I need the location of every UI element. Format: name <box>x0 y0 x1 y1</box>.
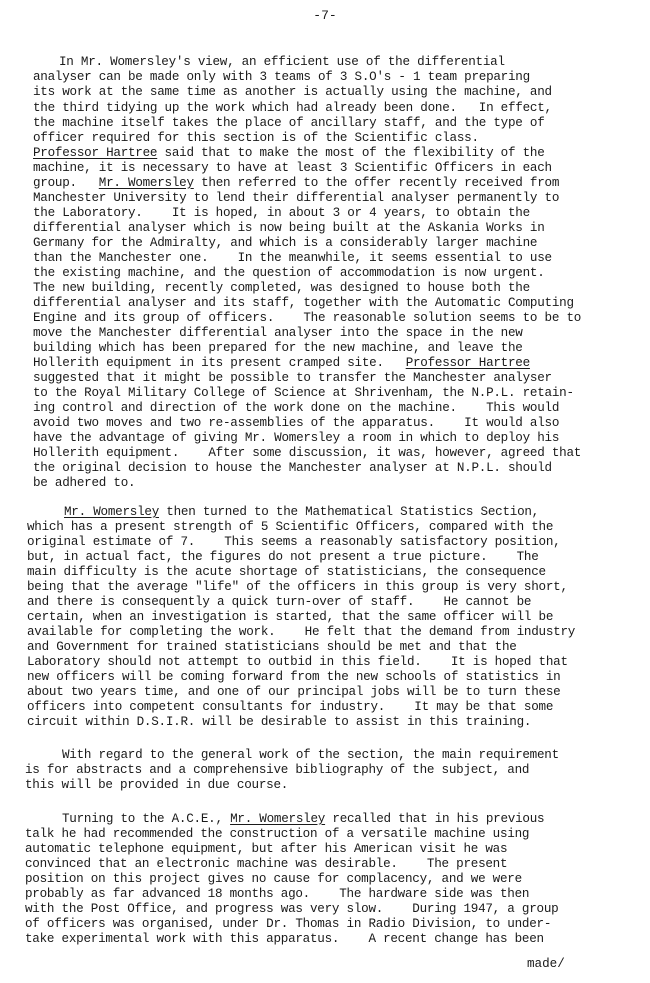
underlined-name: Mr. Womersley <box>230 812 325 826</box>
catchword: made/ <box>527 957 565 971</box>
text-run: and there is consequently a quick turn-o… <box>27 595 531 609</box>
text-run: With regard to the general work of the s… <box>62 748 559 762</box>
text-line: than the Manchester one. In the meanwhil… <box>33 251 552 266</box>
text-line: probably as far advanced 18 months ago. … <box>25 887 529 902</box>
text-line: the Laboratory. It is hoped, in about 3 … <box>33 206 530 221</box>
text-line: Turning to the A.C.E., Mr. Womersley rec… <box>62 812 544 827</box>
text-run: building which has been prepared for the… <box>33 341 523 355</box>
text-line: and there is consequently a quick turn-o… <box>27 595 531 610</box>
text-line: take experimental work with this apparat… <box>25 932 544 947</box>
text-run: Germany for the Admiralty, and which is … <box>33 236 537 250</box>
text-run: In Mr. Womersley's view, an efficient us… <box>59 55 505 69</box>
text-line: is for abstracts and a comprehensive bib… <box>25 763 529 778</box>
text-line: differential analyser and its staff, tog… <box>33 296 574 311</box>
text-line: original estimate of 7. This seems a rea… <box>27 535 560 550</box>
text-line: Professor Hartree said that to make the … <box>33 146 545 161</box>
text-run: and Government for trained statisticians… <box>27 640 517 654</box>
text-line: convinced that an electronic machine was… <box>25 857 507 872</box>
text-line: Germany for the Admiralty, and which is … <box>33 236 537 251</box>
text-run: the original decision to house the Manch… <box>33 461 552 475</box>
text-line: Hollerith equipment in its present cramp… <box>33 356 530 371</box>
text-run: differential analyser which is now being… <box>33 221 545 235</box>
text-run: being that the average "life" of the off… <box>27 580 568 594</box>
text-line: suggested that it might be possible to t… <box>33 371 552 386</box>
text-line: available for completing the work. He fe… <box>27 625 575 640</box>
text-line: but, in actual fact, the figures do not … <box>27 550 539 565</box>
text-line: analyser can be made only with 3 teams o… <box>33 70 530 85</box>
text-run: analyser can be made only with 3 teams o… <box>33 70 530 84</box>
text-run: the machine itself takes the place of an… <box>33 116 545 130</box>
text-run: than the Manchester one. In the meanwhil… <box>33 251 552 265</box>
text-line: this will be provided in due course. <box>25 778 288 793</box>
text-run: which has a present strength of 5 Scient… <box>27 520 553 534</box>
text-line: talk he had recommended the construction… <box>25 827 529 842</box>
text-run: of officers was organised, under Dr. Tho… <box>25 917 551 931</box>
text-line: circuit within D.S.I.R. will be desirabl… <box>27 715 531 730</box>
text-line: the existing machine, and the question o… <box>33 266 545 281</box>
text-run: circuit within D.S.I.R. will be desirabl… <box>27 715 531 729</box>
text-run: recalled that in his previous <box>325 812 544 826</box>
text-run: but, in actual fact, the figures do not … <box>27 550 539 564</box>
text-run: this will be provided in due course. <box>25 778 288 792</box>
underlined-name: Mr. Womersley <box>99 176 194 190</box>
text-line: and Government for trained statisticians… <box>27 640 517 655</box>
text-run: to the Royal Military College of Science… <box>33 386 574 400</box>
text-line: main difficulty is the acute shortage of… <box>27 565 546 580</box>
text-line: position on this project gives no cause … <box>25 872 522 887</box>
text-run: be adhered to. <box>33 476 135 490</box>
text-line: group. Mr. Womersley then referred to th… <box>33 176 559 191</box>
underlined-name: Professor Hartree <box>33 146 157 160</box>
text-line: have the advantage of giving Mr. Womersl… <box>33 431 559 446</box>
text-line: building which has been prepared for the… <box>33 341 523 356</box>
text-run: about two years time, and one of our pri… <box>27 685 560 699</box>
text-line: In Mr. Womersley's view, an efficient us… <box>59 55 505 70</box>
text-run: available for completing the work. He fe… <box>27 625 575 639</box>
text-line: differential analyser which is now being… <box>33 221 545 236</box>
text-run: have the advantage of giving Mr. Womersl… <box>33 431 559 445</box>
text-line: the original decision to house the Manch… <box>33 461 552 476</box>
text-run: ing control and direction of the work do… <box>33 401 559 415</box>
text-run: the existing machine, and the question o… <box>33 266 545 280</box>
text-line: be adhered to. <box>33 476 135 491</box>
text-run: Hollerith equipment in its present cramp… <box>33 356 406 370</box>
text-run: the Laboratory. It is hoped, in about 3 … <box>33 206 530 220</box>
text-run: The new building, recently completed, wa… <box>33 281 530 295</box>
underlined-name: Professor Hartree <box>406 356 530 370</box>
text-run: said that to make the most of the flexib… <box>157 146 544 160</box>
text-run: certain, when an investigation is starte… <box>27 610 553 624</box>
text-run: is for abstracts and a comprehensive bib… <box>25 763 529 777</box>
text-line: officers into competent consultants for … <box>27 700 553 715</box>
text-run: original estimate of 7. This seems a rea… <box>27 535 560 549</box>
text-line: with the Post Office, and progress was v… <box>25 902 558 917</box>
text-run: Turning to the A.C.E., <box>62 812 230 826</box>
text-run: Engine and its group of officers. The re… <box>33 311 581 325</box>
text-line: of officers was organised, under Dr. Tho… <box>25 917 551 932</box>
text-run: Hollerith equipment. After some discussi… <box>33 446 581 460</box>
text-run: differential analyser and its staff, tog… <box>33 296 574 310</box>
text-run: move the Manchester differential analyse… <box>33 326 523 340</box>
text-run: talk he had recommended the construction… <box>25 827 529 841</box>
text-line: being that the average "life" of the off… <box>27 580 568 595</box>
text-run: main difficulty is the acute shortage of… <box>27 565 546 579</box>
text-line: ing control and direction of the work do… <box>33 401 559 416</box>
text-run: group. <box>33 176 99 190</box>
text-run: convinced that an electronic machine was… <box>25 857 507 871</box>
text-line: certain, when an investigation is starte… <box>27 610 553 625</box>
text-line: which has a present strength of 5 Scient… <box>27 520 553 535</box>
text-line: new officers will be coming forward from… <box>27 670 560 685</box>
text-line: The new building, recently completed, wa… <box>33 281 530 296</box>
text-line: Hollerith equipment. After some discussi… <box>33 446 581 461</box>
text-run: with the Post Office, and progress was v… <box>25 902 558 916</box>
text-run: new officers will be coming forward from… <box>27 670 560 684</box>
text-line: Engine and its group of officers. The re… <box>33 311 581 326</box>
text-run: automatic telephone equipment, but after… <box>25 842 507 856</box>
text-run: Manchester University to lend their diff… <box>33 191 559 205</box>
text-run: then turned to the Mathematical Statisti… <box>159 505 539 519</box>
text-run: then referred to the offer recently rece… <box>194 176 559 190</box>
text-run: officer required for this section is of … <box>33 131 479 145</box>
text-line: its work at the same time as another is … <box>33 85 552 100</box>
text-line: officer required for this section is of … <box>33 131 479 146</box>
text-line: avoid two moves and two re-assemblies of… <box>33 416 559 431</box>
text-run: officers into competent consultants for … <box>27 700 553 714</box>
text-line: Manchester University to lend their diff… <box>33 191 559 206</box>
text-line: Mr. Womersley then turned to the Mathema… <box>64 505 539 520</box>
text-run: avoid two moves and two re-assemblies of… <box>33 416 559 430</box>
text-line: about two years time, and one of our pri… <box>27 685 560 700</box>
text-line: the machine itself takes the place of an… <box>33 116 545 131</box>
text-line: Laboratory should not attempt to outbid … <box>27 655 568 670</box>
text-run: its work at the same time as another is … <box>33 85 552 99</box>
text-line: machine, it is necessary to have at leas… <box>33 161 552 176</box>
document-page: -7- In Mr. Womersley's view, an efficien… <box>0 0 650 983</box>
text-run: the third tidying up the work which had … <box>33 101 552 115</box>
text-line: the third tidying up the work which had … <box>33 101 552 116</box>
text-run: position on this project gives no cause … <box>25 872 522 886</box>
text-run: probably as far advanced 18 months ago. … <box>25 887 529 901</box>
underlined-name: Mr. Womersley <box>64 505 159 519</box>
text-run: take experimental work with this apparat… <box>25 932 544 946</box>
text-line: to the Royal Military College of Science… <box>33 386 574 401</box>
text-line: automatic telephone equipment, but after… <box>25 842 507 857</box>
text-run: machine, it is necessary to have at leas… <box>33 161 552 175</box>
text-run: Laboratory should not attempt to outbid … <box>27 655 568 669</box>
text-run: suggested that it might be possible to t… <box>33 371 552 385</box>
page-number: -7- <box>0 8 650 23</box>
text-line: With regard to the general work of the s… <box>62 748 559 763</box>
text-line: move the Manchester differential analyse… <box>33 326 523 341</box>
